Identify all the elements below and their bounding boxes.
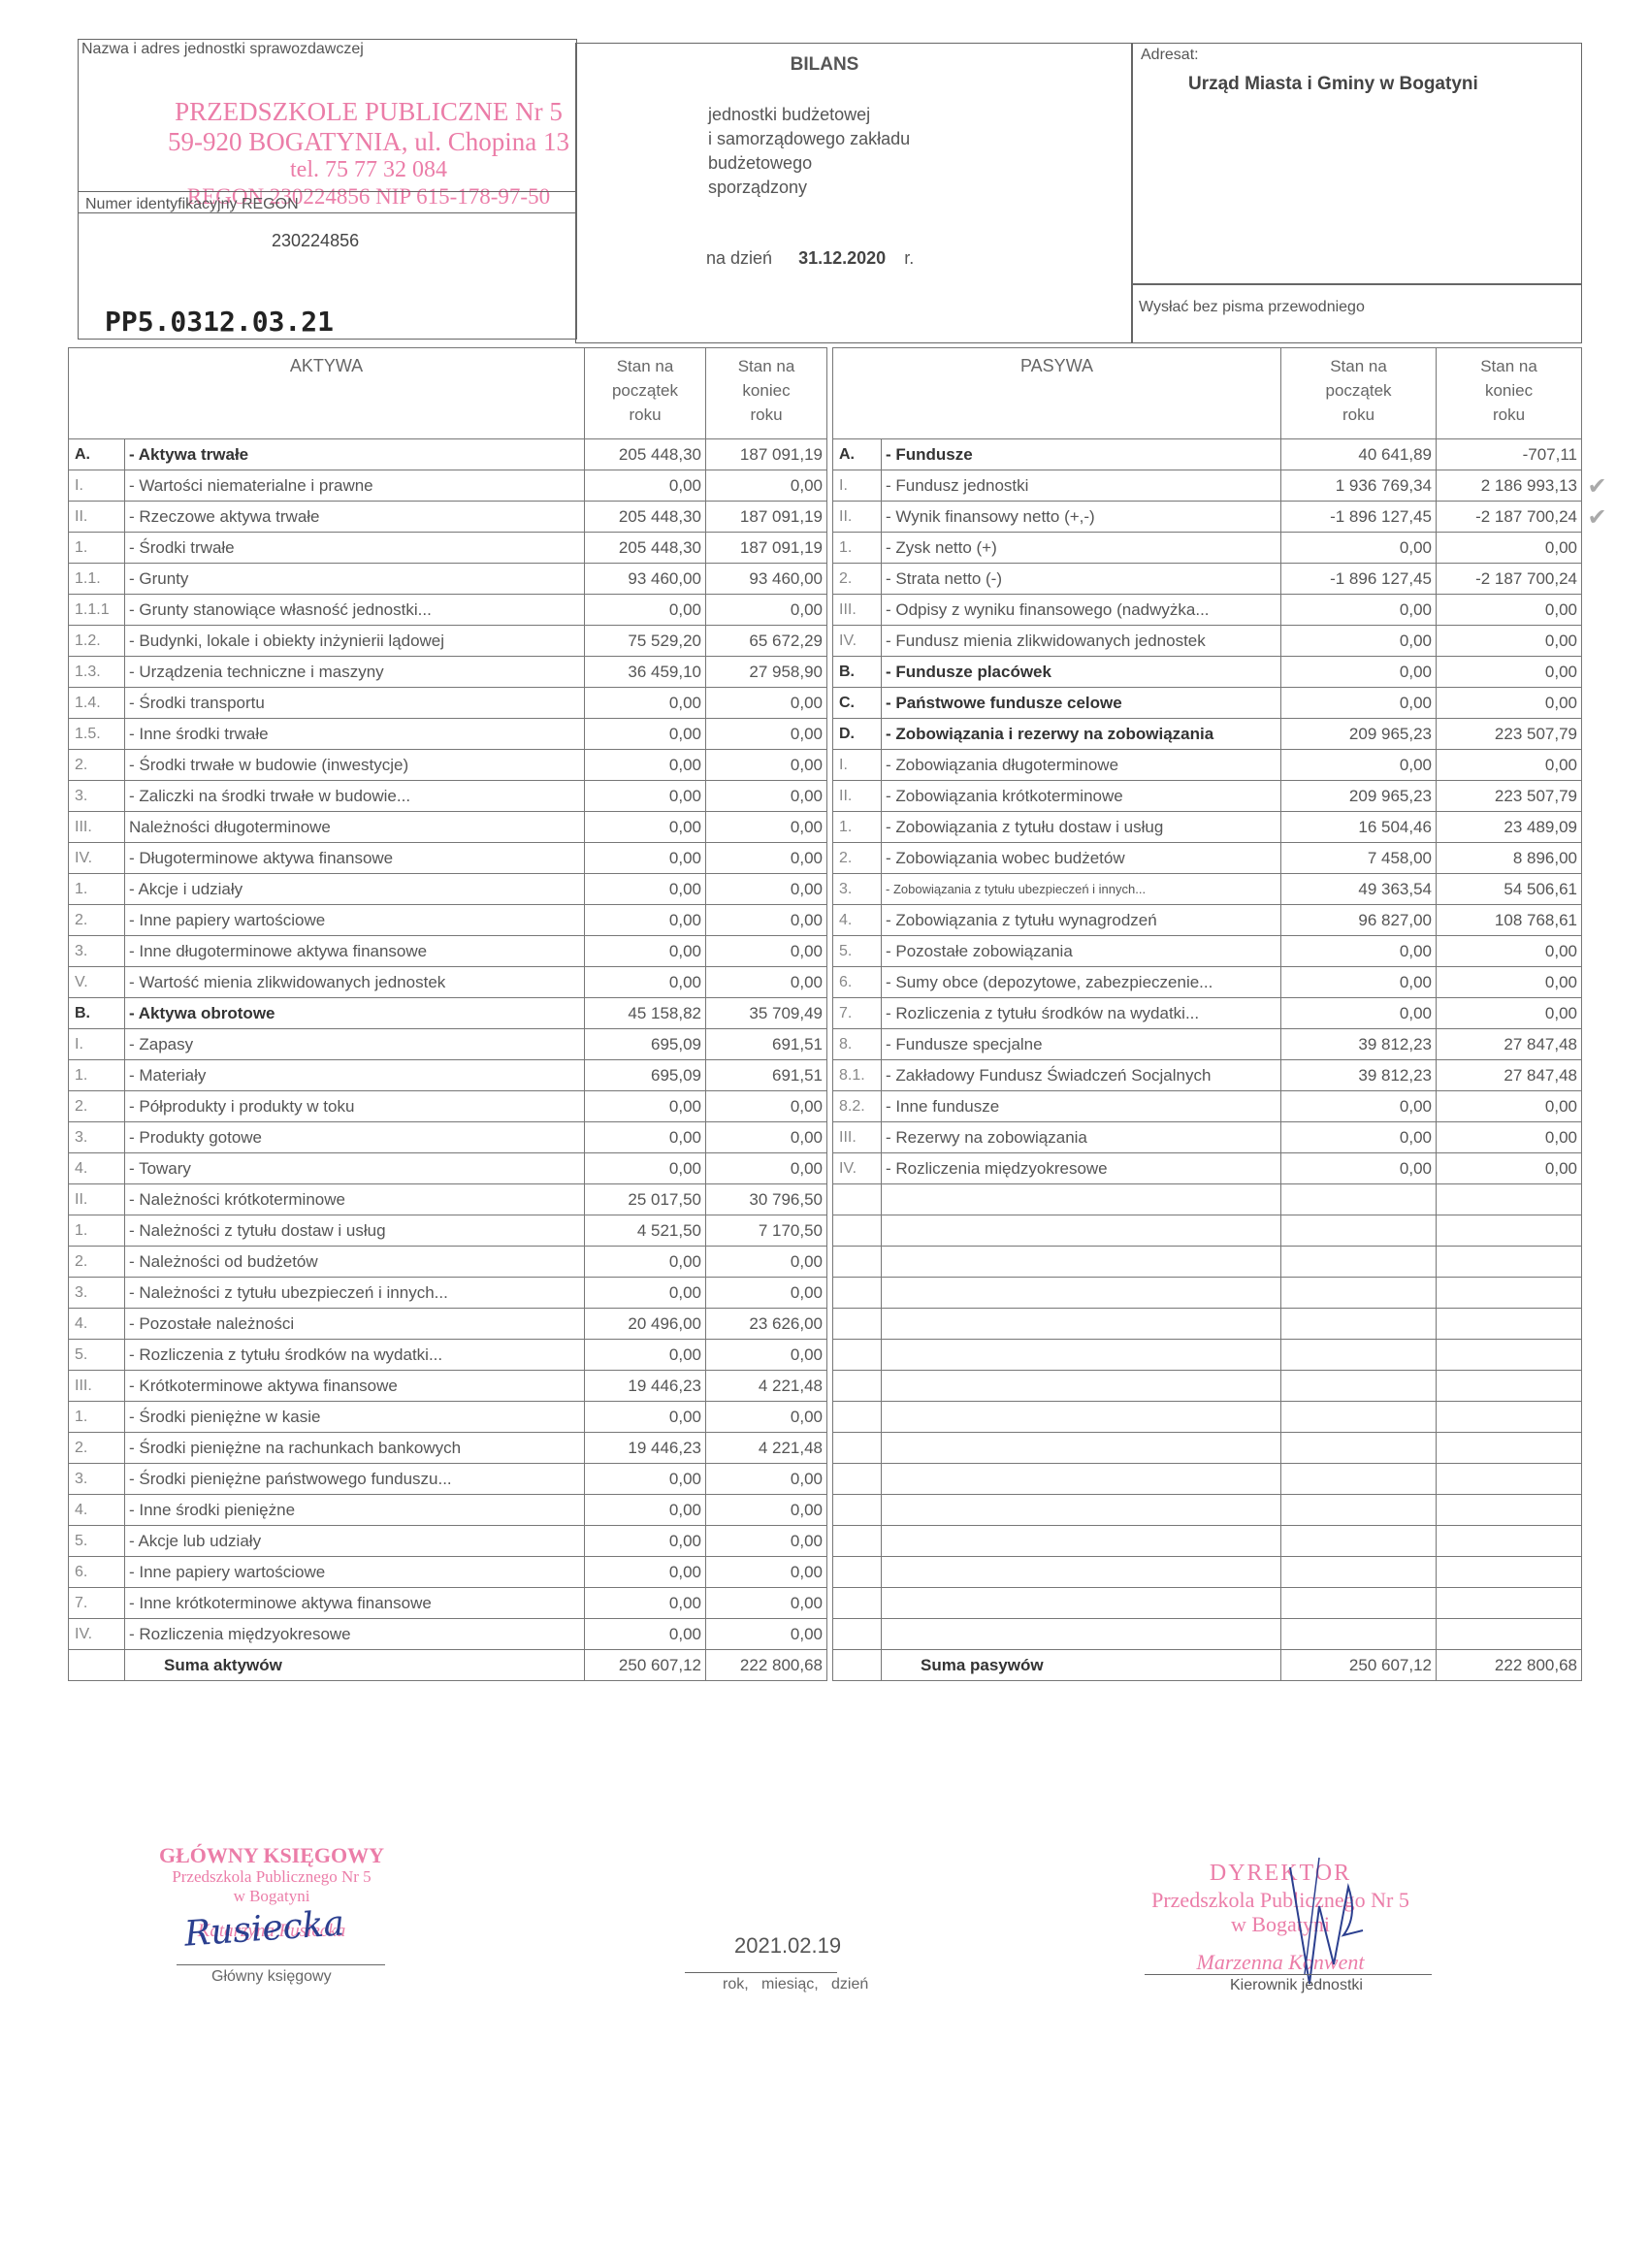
value-end: 187 091,19	[706, 439, 827, 470]
table-row: II.- Zobowiązania krótkoterminowe209 965…	[833, 781, 1582, 812]
value-end: 0,00	[1437, 1091, 1582, 1122]
addressee-value: Urząd Miasta i Gminy w Bogatyni	[1188, 74, 1478, 95]
table-row: IV.- Fundusz mienia zlikwidowanych jedno…	[833, 626, 1582, 657]
row-code: 7.	[69, 1588, 125, 1619]
row-code: 2.	[69, 1433, 125, 1464]
row-name: - Aktywa trwałe	[125, 439, 585, 470]
row-code: 1.3.	[69, 657, 125, 688]
value-start: 16 504,46	[1281, 812, 1437, 843]
row-code: I.	[69, 470, 125, 502]
table-row: B.- Fundusze placówek0,000,00	[833, 657, 1582, 688]
row-code: 1.1.1	[69, 595, 125, 626]
row-name: - Środki pieniężne na rachunkach bankowy…	[125, 1433, 585, 1464]
table-row: 1.- Akcje i udziały0,000,00	[69, 874, 827, 905]
row-code: 6.	[833, 967, 882, 998]
row-code: 2.	[833, 564, 882, 595]
value-start: 1 936 769,34	[1281, 470, 1437, 502]
value-end: 0,00	[706, 1526, 827, 1557]
table-row: I.- Wartości niematerialne i prawne0,000…	[69, 470, 827, 502]
value-end: 0,00	[706, 1122, 827, 1153]
value-start: 0,00	[585, 1247, 706, 1278]
value-end: -707,11	[1437, 439, 1582, 470]
row-code: I.	[833, 750, 882, 781]
aktywa-title: AKTYWA	[69, 348, 585, 439]
row-code: 1.1.	[69, 564, 125, 595]
row-name: - Rozliczenia międzyokresowe	[125, 1619, 585, 1650]
director-caption: Kierownik jednostki	[1230, 1977, 1363, 1994]
value-end: 0,00	[706, 967, 827, 998]
value-start: 39 812,23	[1281, 1029, 1437, 1060]
row-name: - Inne środki trwałe	[125, 719, 585, 750]
value-start: 19 446,23	[585, 1433, 706, 1464]
director-signature	[1251, 1848, 1377, 1993]
value-end: 0,00	[1437, 750, 1582, 781]
value-end: 0,00	[706, 1340, 827, 1371]
row-code: 1.	[69, 1402, 125, 1433]
value-end: 27 847,48	[1437, 1029, 1582, 1060]
value-start: 0,00	[585, 1402, 706, 1433]
total-row: Suma aktywów250 607,12222 800,68	[69, 1650, 827, 1681]
row-name: - Odpisy z wyniku finansowego (nadwyżka.…	[882, 595, 1281, 626]
row-code: 7.	[833, 998, 882, 1029]
value-start: 0,00	[585, 905, 706, 936]
table-row: A.- Fundusze40 641,89-707,11	[833, 439, 1582, 470]
value-end: 0,00	[1437, 626, 1582, 657]
value-start: -1 896 127,45	[1281, 564, 1437, 595]
value-start: 0,00	[585, 1557, 706, 1588]
row-code: II.	[69, 1184, 125, 1215]
table-row: IV.- Rozliczenia międzyokresowe0,000,00	[833, 1153, 1582, 1184]
send-note: Wysłać bez pisma przewodniego	[1139, 299, 1365, 316]
row-code: II.	[833, 781, 882, 812]
table-row: 1.- Materiały695,09691,51	[69, 1060, 827, 1091]
table-row: 5.- Rozliczenia z tytułu środków na wyda…	[69, 1340, 827, 1371]
row-name: - Półprodukty i produkty w toku	[125, 1091, 585, 1122]
value-start: 0,00	[1281, 595, 1437, 626]
value-end: 30 796,50	[706, 1184, 827, 1215]
row-name: - Akcje i udziały	[125, 874, 585, 905]
value-end: 691,51	[706, 1029, 827, 1060]
table-row: 1.3.- Urządzenia techniczne i maszyny36 …	[69, 657, 827, 688]
total-start: 250 607,12	[585, 1650, 706, 1681]
value-start: 0,00	[1281, 936, 1437, 967]
table-row: 1.2.- Budynki, lokale i obiekty inżynier…	[69, 626, 827, 657]
empty-row	[833, 1309, 1582, 1340]
aktywa-col-start: Stan napoczątekroku	[585, 348, 706, 439]
row-code: 8.1.	[833, 1060, 882, 1091]
row-name: - Państwowe fundusze celowe	[882, 688, 1281, 719]
empty-row	[833, 1402, 1582, 1433]
table-row: 1.- Zobowiązania z tytułu dostaw i usług…	[833, 812, 1582, 843]
row-code: I.	[833, 470, 882, 502]
row-code: 1.2.	[69, 626, 125, 657]
table-row: 3.- Inne długoterminowe aktywa finansowe…	[69, 936, 827, 967]
table-row: 6.- Inne papiery wartościowe0,000,00	[69, 1557, 827, 1588]
row-code: 3.	[69, 781, 125, 812]
table-row: I.- Zobowiązania długoterminowe0,000,00	[833, 750, 1582, 781]
row-name: - Zobowiązania z tytułu dostaw i usług	[882, 812, 1281, 843]
row-code: 1.	[69, 1215, 125, 1247]
row-name: - Inne długoterminowe aktywa finansowe	[125, 936, 585, 967]
empty-row	[833, 1371, 1582, 1402]
table-row: 8.- Fundusze specjalne39 812,2327 847,48	[833, 1029, 1582, 1060]
row-name: - Fundusze specjalne	[882, 1029, 1281, 1060]
value-start: 4 521,50	[585, 1215, 706, 1247]
row-name: - Zobowiązania i rezerwy na zobowiązania	[882, 719, 1281, 750]
row-name: - Inne papiery wartościowe	[125, 905, 585, 936]
row-name: - Fundusz mienia zlikwidowanych jednoste…	[882, 626, 1281, 657]
row-name: - Pozostałe zobowiązania	[882, 936, 1281, 967]
value-start: 49 363,54	[1281, 874, 1437, 905]
value-start: 695,09	[585, 1060, 706, 1091]
row-name: - Należności z tytułu dostaw i usług	[125, 1215, 585, 1247]
row-code: IV.	[833, 1153, 882, 1184]
row-code: III.	[833, 595, 882, 626]
value-end: 0,00	[706, 750, 827, 781]
row-name: - Zaliczki na środki trwałe w budowie...	[125, 781, 585, 812]
row-name: - Zobowiązania długoterminowe	[882, 750, 1281, 781]
empty-row	[833, 1184, 1582, 1215]
table-row: III.Należności długoterminowe0,000,00	[69, 812, 827, 843]
value-start: 0,00	[585, 874, 706, 905]
value-end: 187 091,19	[706, 533, 827, 564]
value-end: 0,00	[706, 1247, 827, 1278]
row-code: 1.	[833, 812, 882, 843]
value-start: 0,00	[1281, 1153, 1437, 1184]
value-start: 0,00	[585, 1526, 706, 1557]
row-code: 3.	[833, 874, 882, 905]
row-code: 2.	[69, 1247, 125, 1278]
value-start: 19 446,23	[585, 1371, 706, 1402]
table-row: B.- Aktywa obrotowe45 158,8235 709,49	[69, 998, 827, 1029]
report-title: BILANS	[679, 54, 970, 76]
regon-label: Numer identyfikacyjny REGON	[85, 196, 299, 213]
value-start: 209 965,23	[1281, 719, 1437, 750]
value-end: 0,00	[706, 595, 827, 626]
unit-name-label: Nazwa i adres jednostki sprawozdawczej	[81, 41, 364, 58]
table-row: 7.- Rozliczenia z tytułu środków na wyda…	[833, 998, 1582, 1029]
row-code: III.	[69, 1371, 125, 1402]
table-row: D.- Zobowiązania i rezerwy na zobowiązan…	[833, 719, 1582, 750]
total-label: Suma pasywów	[882, 1650, 1281, 1681]
table-row: 2.- Półprodukty i produkty w toku0,000,0…	[69, 1091, 827, 1122]
row-name: - Fundusze placówek	[882, 657, 1281, 688]
value-end: 0,00	[1437, 1153, 1582, 1184]
value-end: 0,00	[706, 905, 827, 936]
signing-date: 2021.02.19	[734, 1933, 841, 1959]
report-subtitle: jednostki budżetowej i samorządowego zak…	[708, 103, 910, 200]
table-row: 1.1.- Grunty93 460,0093 460,00	[69, 564, 827, 595]
value-end: 0,00	[706, 1588, 827, 1619]
value-start: 0,00	[1281, 626, 1437, 657]
row-code: I.	[69, 1029, 125, 1060]
value-start: 0,00	[585, 1091, 706, 1122]
value-start: 0,00	[585, 750, 706, 781]
row-name: - Grunty stanowiące własność jednostki..…	[125, 595, 585, 626]
empty-row	[833, 1464, 1582, 1495]
row-name: - Rozliczenia międzyokresowe	[882, 1153, 1281, 1184]
director-signature-line	[1145, 1974, 1432, 1975]
pasywa-col-start: Stan napoczątekroku	[1281, 348, 1437, 439]
total-end: 222 800,68	[1437, 1650, 1582, 1681]
table-row: 4.- Towary0,000,00	[69, 1153, 827, 1184]
value-start: 0,00	[585, 470, 706, 502]
row-code: 3.	[69, 1278, 125, 1309]
row-code: 4.	[69, 1153, 125, 1184]
value-start: 0,00	[585, 688, 706, 719]
value-end: 0,00	[1437, 936, 1582, 967]
value-end: 0,00	[1437, 533, 1582, 564]
empty-row	[833, 1588, 1582, 1619]
value-end: 2 186 993,13	[1437, 470, 1582, 502]
value-end: 23 489,09	[1437, 812, 1582, 843]
row-name: - Fundusz jednostki	[882, 470, 1281, 502]
row-name: - Środki pieniężne państwowego funduszu.…	[125, 1464, 585, 1495]
value-end: 54 506,61	[1437, 874, 1582, 905]
row-name: - Materiały	[125, 1060, 585, 1091]
row-code: 4.	[833, 905, 882, 936]
row-name: - Środki trwałe w budowie (inwestycje)	[125, 750, 585, 781]
value-start: 0,00	[1281, 998, 1437, 1029]
value-start: 0,00	[585, 1464, 706, 1495]
row-name: - Krótkoterminowe aktywa finansowe	[125, 1371, 585, 1402]
value-start: 0,00	[585, 781, 706, 812]
row-name: - Produkty gotowe	[125, 1122, 585, 1153]
value-end: 0,00	[706, 1402, 827, 1433]
table-row: I.- Fundusz jednostki1 936 769,342 186 9…	[833, 470, 1582, 502]
row-code: 1.	[69, 1060, 125, 1091]
row-code: V.	[69, 967, 125, 998]
value-end: 0,00	[706, 1091, 827, 1122]
table-row: 7.- Inne krótkoterminowe aktywa finansow…	[69, 1588, 827, 1619]
value-end: 0,00	[706, 874, 827, 905]
table-row: A.- Aktywa trwałe205 448,30187 091,19	[69, 439, 827, 470]
row-name: - Akcje lub udziały	[125, 1526, 585, 1557]
value-end: -2 187 700,24	[1437, 502, 1582, 533]
value-end: 691,51	[706, 1060, 827, 1091]
table-row: 1.5.- Inne środki trwałe0,000,00	[69, 719, 827, 750]
value-start: 0,00	[585, 1153, 706, 1184]
value-start: 93 460,00	[585, 564, 706, 595]
table-row: 8.1.- Zakładowy Fundusz Świadczeń Socjal…	[833, 1060, 1582, 1091]
row-code: A.	[833, 439, 882, 470]
value-start: 0,00	[585, 967, 706, 998]
table-row: 1.4.- Środki transportu0,000,00	[69, 688, 827, 719]
row-code: 4.	[69, 1495, 125, 1526]
table-row: 5.- Pozostałe zobowiązania0,000,00	[833, 936, 1582, 967]
row-code: 1.	[69, 874, 125, 905]
table-row: 1.- Należności z tytułu dostaw i usług4 …	[69, 1215, 827, 1247]
row-code: 2.	[69, 1091, 125, 1122]
row-name: - Należności krótkoterminowe	[125, 1184, 585, 1215]
value-start: 0,00	[585, 1495, 706, 1526]
empty-row	[833, 1619, 1582, 1650]
row-code: C.	[833, 688, 882, 719]
table-row: 1.- Zysk netto (+)0,000,00	[833, 533, 1582, 564]
table-row: IV.- Rozliczenia międzyokresowe0,000,00	[69, 1619, 827, 1650]
row-code: 1.	[69, 533, 125, 564]
value-end: 0,00	[1437, 595, 1582, 626]
value-end: 108 768,61	[1437, 905, 1582, 936]
row-name: - Zobowiązania z tytułu wynagrodzeń	[882, 905, 1281, 936]
table-row: 4.- Zobowiązania z tytułu wynagrodzeń96 …	[833, 905, 1582, 936]
check-mark-icon: ✔	[1588, 503, 1607, 532]
value-end: 0,00	[706, 1153, 827, 1184]
row-code: II.	[833, 502, 882, 533]
value-start: 75 529,20	[585, 626, 706, 657]
value-start: 0,00	[585, 719, 706, 750]
row-code: 4.	[69, 1309, 125, 1340]
value-start: 45 158,82	[585, 998, 706, 1029]
table-row: 6.- Sumy obce (depozytowe, zabezpieczeni…	[833, 967, 1582, 998]
row-name: - Zobowiązania wobec budżetów	[882, 843, 1281, 874]
value-start: 0,00	[1281, 750, 1437, 781]
value-start: 0,00	[585, 595, 706, 626]
value-start: 0,00	[585, 812, 706, 843]
value-end: 0,00	[706, 1464, 827, 1495]
table-row: 1.- Środki pieniężne w kasie0,000,00	[69, 1402, 827, 1433]
table-row: 2.- Strata netto (-)-1 896 127,45-2 187 …	[833, 564, 1582, 595]
row-name: - Inne krótkoterminowe aktywa finansowe	[125, 1588, 585, 1619]
value-end: 65 672,29	[706, 626, 827, 657]
value-start: 0,00	[585, 1122, 706, 1153]
value-start: 205 448,30	[585, 502, 706, 533]
pasywa-col-end: Stan nakoniecroku	[1437, 348, 1582, 439]
row-code: 2.	[69, 905, 125, 936]
row-code: 1.4.	[69, 688, 125, 719]
row-name: - Zapasy	[125, 1029, 585, 1060]
value-start: 0,00	[1281, 1091, 1437, 1122]
pasywa-title: PASYWA	[833, 348, 1281, 439]
empty-row	[833, 1526, 1582, 1557]
value-end: 0,00	[1437, 1122, 1582, 1153]
value-end: 0,00	[706, 1557, 827, 1588]
row-name: - Fundusze	[882, 439, 1281, 470]
accountant-caption: Główny księgowy	[211, 1968, 332, 1986]
row-name: Należności długoterminowe	[125, 812, 585, 843]
value-end: 0,00	[706, 936, 827, 967]
total-end: 222 800,68	[706, 1650, 827, 1681]
row-name: - Budynki, lokale i obiekty inżynierii l…	[125, 626, 585, 657]
value-end: 0,00	[706, 812, 827, 843]
value-start: 0,00	[585, 936, 706, 967]
row-name: - Rozliczenia z tytułu środków na wydatk…	[125, 1340, 585, 1371]
value-end: 223 507,79	[1437, 781, 1582, 812]
value-end: 0,00	[1437, 657, 1582, 688]
value-end: -2 187 700,24	[1437, 564, 1582, 595]
value-start: 0,00	[585, 1278, 706, 1309]
table-row: V.- Wartość mienia zlikwidowanych jednos…	[69, 967, 827, 998]
row-code: 8.	[833, 1029, 882, 1060]
value-end: 0,00	[706, 1278, 827, 1309]
value-start: 209 965,23	[1281, 781, 1437, 812]
value-end: 0,00	[1437, 688, 1582, 719]
value-end: 27 847,48	[1437, 1060, 1582, 1091]
value-end: 0,00	[706, 1495, 827, 1526]
table-row: III.- Odpisy z wyniku finansowego (nadwy…	[833, 595, 1582, 626]
aktywa-table: AKTYWA Stan napoczątekroku Stan nakoniec…	[68, 347, 827, 1681]
row-code: III.	[69, 812, 125, 843]
row-name: - Sumy obce (depozytowe, zabezpieczenie.…	[882, 967, 1281, 998]
table-row: 3.- Zobowiązania z tytułu ubezpieczeń i …	[833, 874, 1582, 905]
value-end: 0,00	[706, 781, 827, 812]
value-end: 223 507,79	[1437, 719, 1582, 750]
row-name: - Wartość mienia zlikwidowanych jednoste…	[125, 967, 585, 998]
row-name: - Inne fundusze	[882, 1091, 1281, 1122]
date-line	[685, 1972, 837, 1973]
value-start: 205 448,30	[585, 439, 706, 470]
addressee-label: Adresat:	[1141, 47, 1199, 64]
value-end: 93 460,00	[706, 564, 827, 595]
empty-row	[833, 1340, 1582, 1371]
accountant-signature-line	[177, 1964, 385, 1965]
total-row: Suma pasywów250 607,12222 800,68	[833, 1650, 1582, 1681]
value-end: 0,00	[706, 1619, 827, 1650]
row-code: II.	[69, 502, 125, 533]
value-end: 35 709,49	[706, 998, 827, 1029]
value-start: -1 896 127,45	[1281, 502, 1437, 533]
table-row: III.- Krótkoterminowe aktywa finansowe19…	[69, 1371, 827, 1402]
row-name: - Zobowiązania krótkoterminowe	[882, 781, 1281, 812]
table-row: 4.- Pozostałe należności20 496,0023 626,…	[69, 1309, 827, 1340]
table-row: C.- Państwowe fundusze celowe0,000,00	[833, 688, 1582, 719]
row-code: 6.	[69, 1557, 125, 1588]
row-code: 3.	[69, 936, 125, 967]
table-row: 5.- Akcje lub udziały0,000,00	[69, 1526, 827, 1557]
value-end: 8 896,00	[1437, 843, 1582, 874]
row-name: - Wartości niematerialne i prawne	[125, 470, 585, 502]
regon-value: 230224856	[272, 231, 359, 251]
row-code: IV.	[69, 843, 125, 874]
check-mark-icon: ✔	[1588, 472, 1607, 501]
date-caption: rok, miesiąc, dzień	[723, 1976, 868, 1993]
table-row: 2.- Zobowiązania wobec budżetów7 458,008…	[833, 843, 1582, 874]
empty-row	[833, 1215, 1582, 1247]
table-row: 3.- Należności z tytułu ubezpieczeń i in…	[69, 1278, 827, 1309]
row-code: IV.	[833, 626, 882, 657]
row-name: - Towary	[125, 1153, 585, 1184]
value-end: 0,00	[706, 688, 827, 719]
value-start: 36 459,10	[585, 657, 706, 688]
empty-row	[833, 1495, 1582, 1526]
value-start: 695,09	[585, 1029, 706, 1060]
row-code: B.	[833, 657, 882, 688]
table-row: 1.- Środki trwałe205 448,30187 091,19	[69, 533, 827, 564]
value-end: 4 221,48	[706, 1371, 827, 1402]
value-start: 0,00	[1281, 688, 1437, 719]
table-row: III.- Rezerwy na zobowiązania0,000,00	[833, 1122, 1582, 1153]
row-name: - Inne papiery wartościowe	[125, 1557, 585, 1588]
pasywa-table: PASYWA Stan napoczątekroku Stan nakoniec…	[832, 347, 1582, 1681]
date-value: 31.12.2020	[798, 248, 886, 268]
table-row: II.- Należności krótkoterminowe25 017,50…	[69, 1184, 827, 1215]
row-code: III.	[833, 1122, 882, 1153]
row-name: - Pozostałe należności	[125, 1309, 585, 1340]
total-start: 250 607,12	[1281, 1650, 1437, 1681]
row-code: 5.	[69, 1526, 125, 1557]
row-name: - Rzeczowe aktywa trwałe	[125, 502, 585, 533]
row-code: 2.	[833, 843, 882, 874]
table-row: IV.- Długoterminowe aktywa finansowe0,00…	[69, 843, 827, 874]
row-code: A.	[69, 439, 125, 470]
value-end: 0,00	[706, 719, 827, 750]
report-date: na dzień 31.12.2020 r.	[706, 248, 914, 269]
row-code: IV.	[69, 1619, 125, 1650]
row-name: - Rezerwy na zobowiązania	[882, 1122, 1281, 1153]
row-code: 3.	[69, 1464, 125, 1495]
row-name: - Zakładowy Fundusz Świadczeń Socjalnych	[882, 1060, 1281, 1091]
row-code: 1.	[833, 533, 882, 564]
